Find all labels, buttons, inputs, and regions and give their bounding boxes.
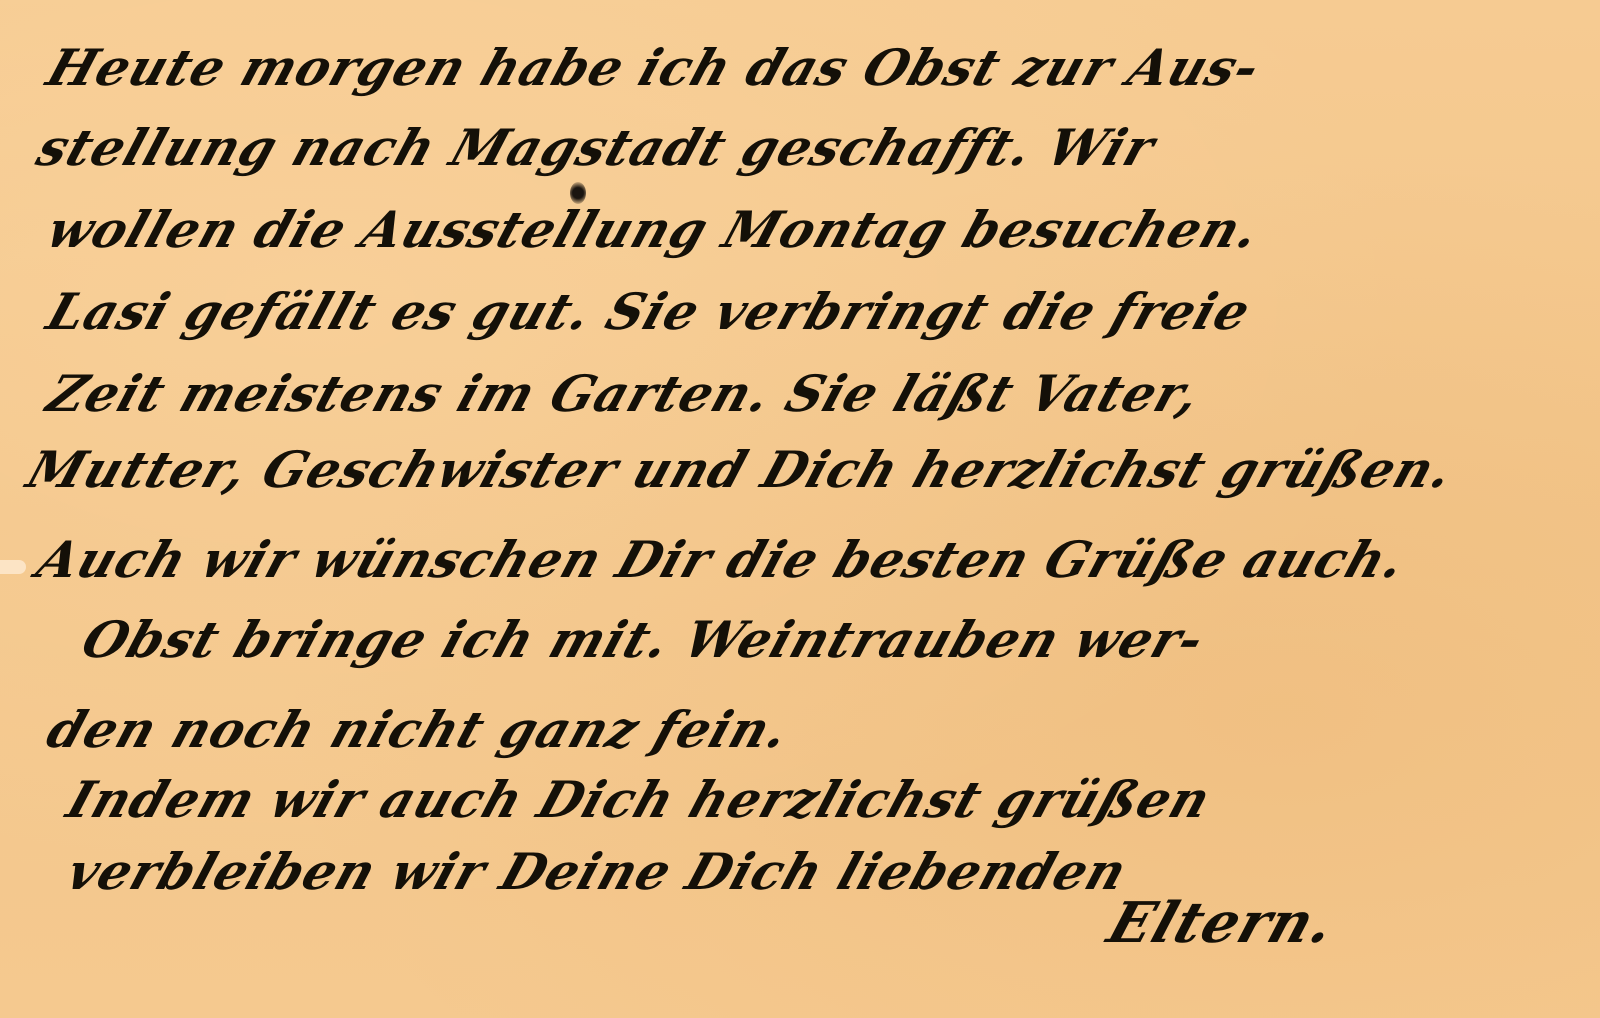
signature: Eltern.: [1100, 890, 1344, 956]
letter-line-10: Indem wir auch Dich herzlichst grüßen: [60, 770, 1218, 829]
letter-line-11: verbleiben wir Deine Dich liebenden: [60, 842, 1135, 901]
paper-edge-damage: [0, 560, 26, 574]
letter-line-5: Zeit meistens im Garten. Sie läßt Vater,: [40, 364, 1208, 423]
letter-page: Heute morgen habe ich das Obst zur Aus- …: [0, 0, 1600, 1018]
letter-line-8: Obst bringe ich mit. Weintrauben wer-: [75, 610, 1212, 669]
letter-line-4: Lasi gefällt es gut. Sie verbringt die f…: [40, 282, 1258, 341]
letter-line-6: Mutter, Geschwister und Dich herzlichst …: [20, 440, 1461, 499]
letter-line-7: Auch wir wünschen Dir die besten Grüße a…: [30, 530, 1413, 589]
letter-line-3: wollen die Ausstellung Montag besuchen.: [40, 200, 1267, 259]
letter-line-2: stellung nach Magstadt geschafft. Wir: [30, 118, 1163, 177]
letter-line-1: Heute morgen habe ich das Obst zur Aus-: [40, 38, 1268, 97]
letter-line-9: den noch nicht ganz fein.: [40, 700, 797, 759]
